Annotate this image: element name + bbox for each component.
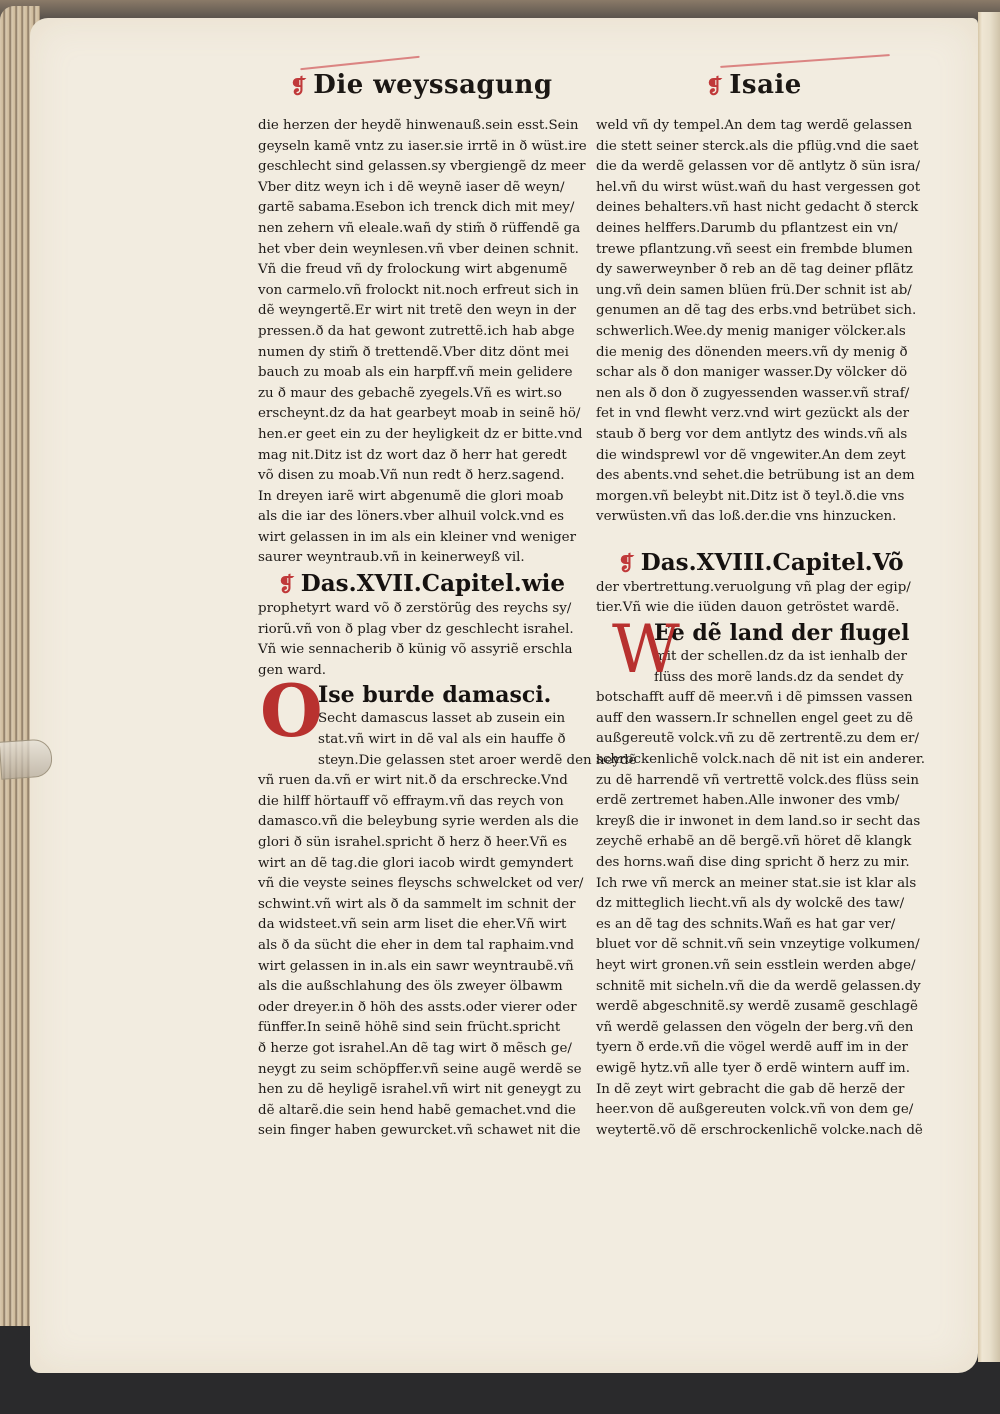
bookmark-clip [0,738,53,780]
text-line: Ich rwe vñ merck an meiner stat.sie ist … [596,874,926,895]
text-line: der vbertrettung.veruolgung vñ plag der … [596,578,926,599]
text-line: ung.vñ dein samen blüen frü.Der schnit i… [596,281,926,302]
text-line: het vber dein weynlesen.vñ vber deinen s… [258,240,588,261]
rubric-initial-w: W [612,615,680,685]
text-line: die windsprewl vor dẽ vngewiter.An dem z… [596,446,926,467]
text-line: die stett seiner sterck.als die pflüg.vn… [596,137,926,158]
running-head-left: ❡Die weyssagung [290,70,553,100]
chapter-text-xviii: mit der schellen.dz da ist ienhalb derfl… [596,647,926,1141]
left-column: die herzen der heydẽ hinwenauß.sein esst… [258,116,588,1142]
text-line: verwüsten.vñ das loß.der.die vns hinzuck… [596,507,926,528]
text-line: tyern ð erde.vñ die vögel werdẽ auff im … [596,1038,926,1059]
text-line: schar als ð don maniger wasser.Dy völcke… [596,363,926,384]
text-line: dẽ weyngertẽ.Er wirt nit tretẽ den weyn … [258,301,588,322]
text-line: staub ð berg vor dem antlytz des winds.v… [596,425,926,446]
text-line: gartẽ sabama.Esebon ich trenck dich mit … [258,198,588,219]
text-line: hel.vñ du wirst wüst.wañ du hast vergess… [596,178,926,199]
text-line: heer.von dẽ außgereuten volck.vñ von dem… [596,1100,926,1121]
text-line: die da werdẽ gelassen vor dẽ antlytz ð s… [596,157,926,178]
text-line: weytertẽ.võ dẽ erschrockenlichẽ volcke.n… [596,1121,926,1142]
text-line: bluet vor dẽ schnit.vñ sein vnzeytige vo… [596,935,926,956]
text-line: bauch zu moab als ein harpff.vñ mein gel… [258,363,588,384]
text-line: trewe pflantzung.vñ seest ein frembde bl… [596,240,926,261]
rubric-mark-icon: ❡ [278,572,295,596]
text-line: zeychẽ erhabẽ an dẽ bergẽ.vñ höret dẽ kl… [596,832,926,853]
text-line: deines helffers.Darumb du pflantzest ein… [596,219,926,240]
chapter-heading-xvii: ❡Das.XVII.Capitel.wie [278,569,588,599]
running-head-left-text: Die weyssagung [313,70,552,100]
chapter-body-xviii: W Ee dẽ land der flugel mit der schellen… [596,619,926,1141]
text-line: des horns.wañ dise ding spricht ð herz z… [596,853,926,874]
text-line: riorũ.vñ von ð plag vber dz geschlecht i… [258,620,588,641]
rubric-mark-icon: ❡ [290,74,307,98]
text-line: geschlecht sind gelassen.sy vbergiengẽ d… [258,157,588,178]
text-line: werdẽ abgeschnitẽ.sy werdẽ zusamẽ geschl… [596,997,926,1018]
text-line: ewigẽ hytz.vñ alle tyer ð erdẽ wintern a… [596,1059,926,1080]
text-line: pressen.ð da hat gewont zutrettẽ.ich hab… [258,322,588,343]
text-line: da widsteet.vñ sein arm liset die eher.V… [258,915,588,936]
text-line: damasco.vñ die beleybung syrie werden al… [258,812,588,833]
text-line: zu ð maur des gebachẽ zyegels.Vñ es wirt… [258,384,588,405]
text-line: vñ die veyste seines fleyschs schwelcket… [258,874,588,895]
text-line: dz mitteglich liecht.vñ als dy wolckẽ de… [596,894,926,915]
text-line: ð herze got israhel.An dẽ tag wirt ð mẽs… [258,1039,588,1060]
text-line: von carmelo.vñ frolockt nit.noch erfreut… [258,281,588,302]
text-line: schwerlich.Wee.dy menig maniger völcker.… [596,322,926,343]
text-line: Vñ die freud vñ dy frolockung wirt abgen… [258,260,588,281]
text-line: als die außschlahung des öls zweyer ölba… [258,977,588,998]
text-line: als ð da sücht die eher in dem tal rapha… [258,936,588,957]
right-column: weld vñ dy tempel.An dem tag werdẽ gelas… [596,116,926,1141]
text-line: schrockenlichẽ volck.nach dẽ nit ist ein… [596,750,926,771]
text-line: schnitẽ mit sicheln.vñ die da werdẽ gela… [596,977,926,998]
text-line: es an dẽ tag des schnits.Wañ es hat gar … [596,915,926,936]
text-line: die hilff hörtauff võ effraym.vñ das rey… [258,792,588,813]
page-edge-right [978,12,1000,1362]
text-line: wirt an dẽ tag.die glori iacob wirdt gem… [258,854,588,875]
rubric-mark-icon: ❡ [706,74,723,98]
text-line: fet in vnd flewht verz.vnd wirt gezückt … [596,404,926,425]
text-line: wirt gelassen in in.als ein sawr weyntra… [258,957,588,978]
text-line: kreyß die ir inwonet in dem land.so ir s… [596,812,926,833]
chapter-body-xvii: O Ise burde damasci. Secht damascus lass… [258,681,588,1141]
running-head-right-text: Isaie [729,70,802,100]
text-line: als die iar des löners.vber alhuil volck… [258,507,588,528]
text-line: zu dẽ harrendẽ vñ vertrettẽ volck.des fl… [596,771,926,792]
text-line: die menig des dönenden meers.vñ dy menig… [596,343,926,364]
text-line: numen dy stim̃ ð trettendẽ.Vber ditz dön… [258,343,588,364]
running-head-right: ❡Isaie [706,70,802,100]
text-line: wirt gelassen in im als ein kleiner vnd … [258,528,588,549]
text-line: nen zehern vñ eleale.wañ dy stim̃ ð rüff… [258,219,588,240]
text-line: botschafft auff dẽ meer.vñ i dẽ pimssen … [596,688,926,709]
rubric-mark-icon: ❡ [618,551,635,575]
text-line: deines behalters.vñ hast nicht gedacht ð… [596,198,926,219]
text-line: geyseln kamẽ vntz zu iaser.sie irrtẽ in … [258,137,588,158]
text-line: In dẽ zeyt wirt gebracht die gab dẽ herz… [596,1080,926,1101]
text-line: des abents.vnd sehet.die betrübung ist a… [596,466,926,487]
text-line: außgereutẽ volck.vñ zu dẽ zertrentẽ.zu d… [596,729,926,750]
text-line: die herzen der heydẽ hinwenauß.sein esst… [258,116,588,137]
chapter-heading-xviii: ❡Das.XVIII.Capitel.Võ [618,548,926,578]
chapter-heading-text: Das.XVIII.Capitel.Võ [641,549,904,576]
text-line: hen.er geet ein zu der heyligkeit dz er … [258,425,588,446]
text-line: dy sawerweynber ð reb an dẽ tag deiner p… [596,260,926,281]
text-line: steyn.Die gelassen stet aroer werdẽ den … [258,751,588,772]
text-line: oder dreyer.in ð höh des assts.oder vier… [258,998,588,1019]
text-line: erscheynt.dz da hat gearbeyt moab in sei… [258,404,588,425]
text-line: vñ werdẽ gelassen den vögeln der berg.vñ… [596,1018,926,1039]
text-line: genumen an dẽ tag des erbs.vnd betrübet … [596,301,926,322]
text-line: nen als ð don ð zugyessenden wasser.vñ s… [596,384,926,405]
text-line: schwint.vñ wirt als ð da sammelt im schn… [258,895,588,916]
text-line: In dreyen iarẽ wirt abgenumẽ die glori m… [258,487,588,508]
text-line: Vñ wie sennacherib ð künig võ assyriẽ er… [258,640,588,661]
spacer [596,528,926,548]
right-column-text-block: weld vñ dy tempel.An dem tag werdẽ gelas… [596,116,926,528]
text-line: morgen.vñ beleybt nit.Ditz ist ð teyl.ð.… [596,487,926,508]
text-line: weld vñ dy tempel.An dem tag werdẽ gelas… [596,116,926,137]
text-line: mag nit.Ditz ist dz wort daz ð herr hat … [258,446,588,467]
text-line: dẽ altarẽ.die sein hend habẽ gemachet.vn… [258,1101,588,1122]
text-line: saurer weyntraub.vñ in keinerweyß vil. [258,548,588,569]
chapter-text-xvii: Secht damascus lasset ab zusein einstat.… [258,709,588,1141]
text-line: erdẽ zertremet haben.Alle inwoner des vm… [596,791,926,812]
text-line: võ disen zu moab.Vñ nun redt ð herz.sage… [258,466,588,487]
text-line: neygt zu seim schöpffer.vñ seine augẽ we… [258,1060,588,1081]
text-line: vñ ruen da.vñ er wirt nit.ð da erschreck… [258,771,588,792]
rubric-initial-o: O [260,675,323,747]
text-line: auff den wassern.Ir schnellen engel geet… [596,709,926,730]
chapter-heading-text: Das.XVII.Capitel.wie [301,570,565,597]
left-column-text-block: die herzen der heydẽ hinwenauß.sein esst… [258,116,588,569]
text-line: hen zu dẽ heyligẽ israhel.vñ wirt nit ge… [258,1080,588,1101]
text-line: glori ð sün israhel.spricht ð herz ð hee… [258,833,588,854]
text-line: fünffer.In seinẽ höhẽ sind sein frücht.s… [258,1018,588,1039]
text-line: prophetyrt ward võ ð zerstörũg des reych… [258,599,588,620]
text-line: sein finger haben gewurcket.vñ schawet n… [258,1121,588,1142]
text-line: Vber ditz weyn ich i dẽ weynẽ iaser dẽ w… [258,178,588,199]
text-line: heyt wirt gronen.vñ sein esstlein werden… [596,956,926,977]
